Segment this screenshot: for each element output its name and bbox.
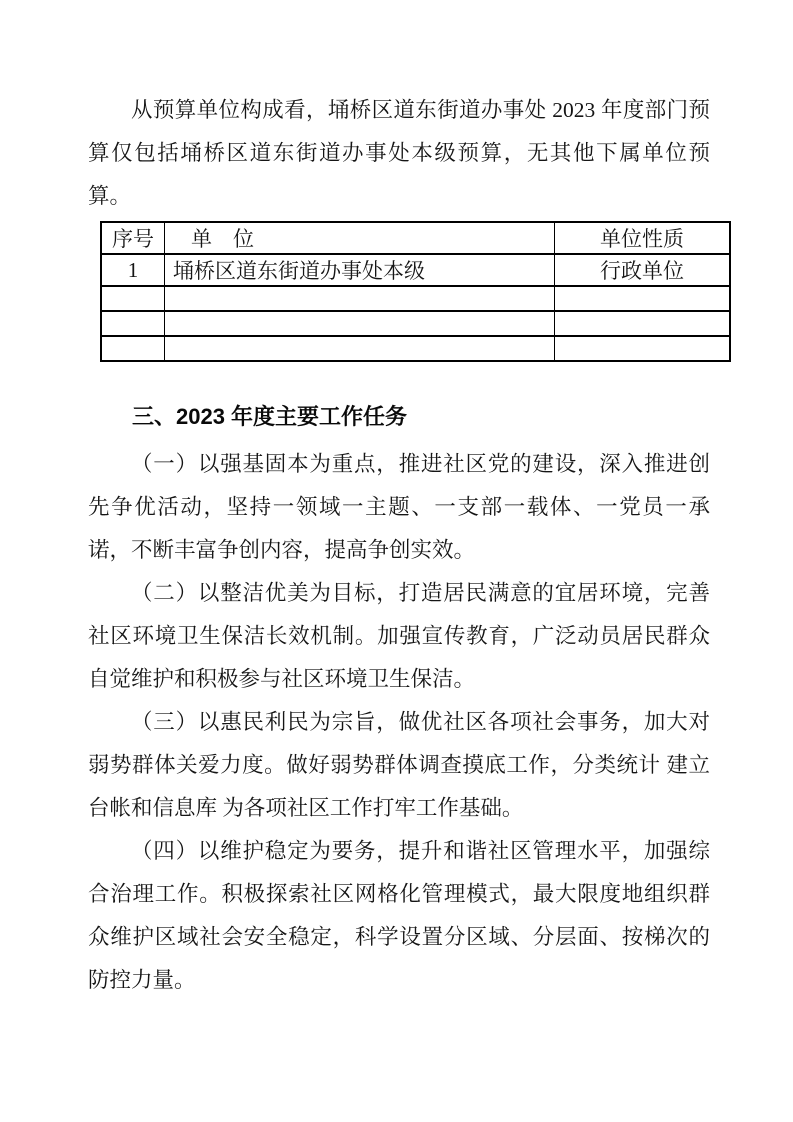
section-heading: 三、2023 年度主要工作任务 xyxy=(88,395,710,438)
table-cell-index xyxy=(101,336,165,361)
table-cell-index xyxy=(101,311,165,336)
table-row xyxy=(101,311,730,336)
table-cell-index xyxy=(101,286,165,311)
table-cell-unit xyxy=(165,286,555,311)
table-cell-unit-type xyxy=(555,336,731,361)
task-paragraph-4: （四）以维护稳定为要务，提升和谐社区管理水平，加强综合治理工作。积极探索社区网格… xyxy=(88,830,710,1002)
task-paragraph-3: （三）以惠民利民为宗旨，做优社区各项社会事务，加大对弱势群体关爱力度。做好弱势群… xyxy=(88,701,710,830)
table-cell-unit-type: 行政单位 xyxy=(555,254,731,286)
document-page: 从预算单位构成看，埇桥区道东街道办事处 2023 年度部门预算仅包括埇桥区道东街… xyxy=(0,0,793,1122)
table-cell-unit-type xyxy=(555,311,731,336)
task-paragraph-1: （一）以强基固本为重点，推进社区党的建设，深入推进创先争优活动，坚持一领域一主题… xyxy=(88,443,710,572)
table-cell-unit: 埇桥区道东街道办事处本级 xyxy=(165,254,555,286)
col-header-unit-type: 单位性质 xyxy=(555,222,731,254)
task-paragraph-2: （二）以整洁优美为目标，打造居民满意的宜居环境，完善社区环境卫生保洁长效机制。加… xyxy=(88,572,710,701)
table-cell-index: 1 xyxy=(101,254,165,286)
table-row xyxy=(101,336,730,361)
table-row: 1 埇桥区道东街道办事处本级 行政单位 xyxy=(101,254,730,286)
table-cell-unit xyxy=(165,336,555,361)
table-cell-unit-type xyxy=(555,286,731,311)
table-row xyxy=(101,286,730,311)
table-cell-unit xyxy=(165,311,555,336)
table-header-row: 序号 单 位 单位性质 xyxy=(101,222,730,254)
intro-paragraph: 从预算单位构成看，埇桥区道东街道办事处 2023 年度部门预算仅包括埇桥区道东街… xyxy=(88,89,710,218)
budget-units-table: 序号 单 位 单位性质 1 埇桥区道东街道办事处本级 行政单位 xyxy=(100,221,731,362)
col-header-unit: 单 位 xyxy=(165,222,555,254)
col-header-index: 序号 xyxy=(101,222,165,254)
